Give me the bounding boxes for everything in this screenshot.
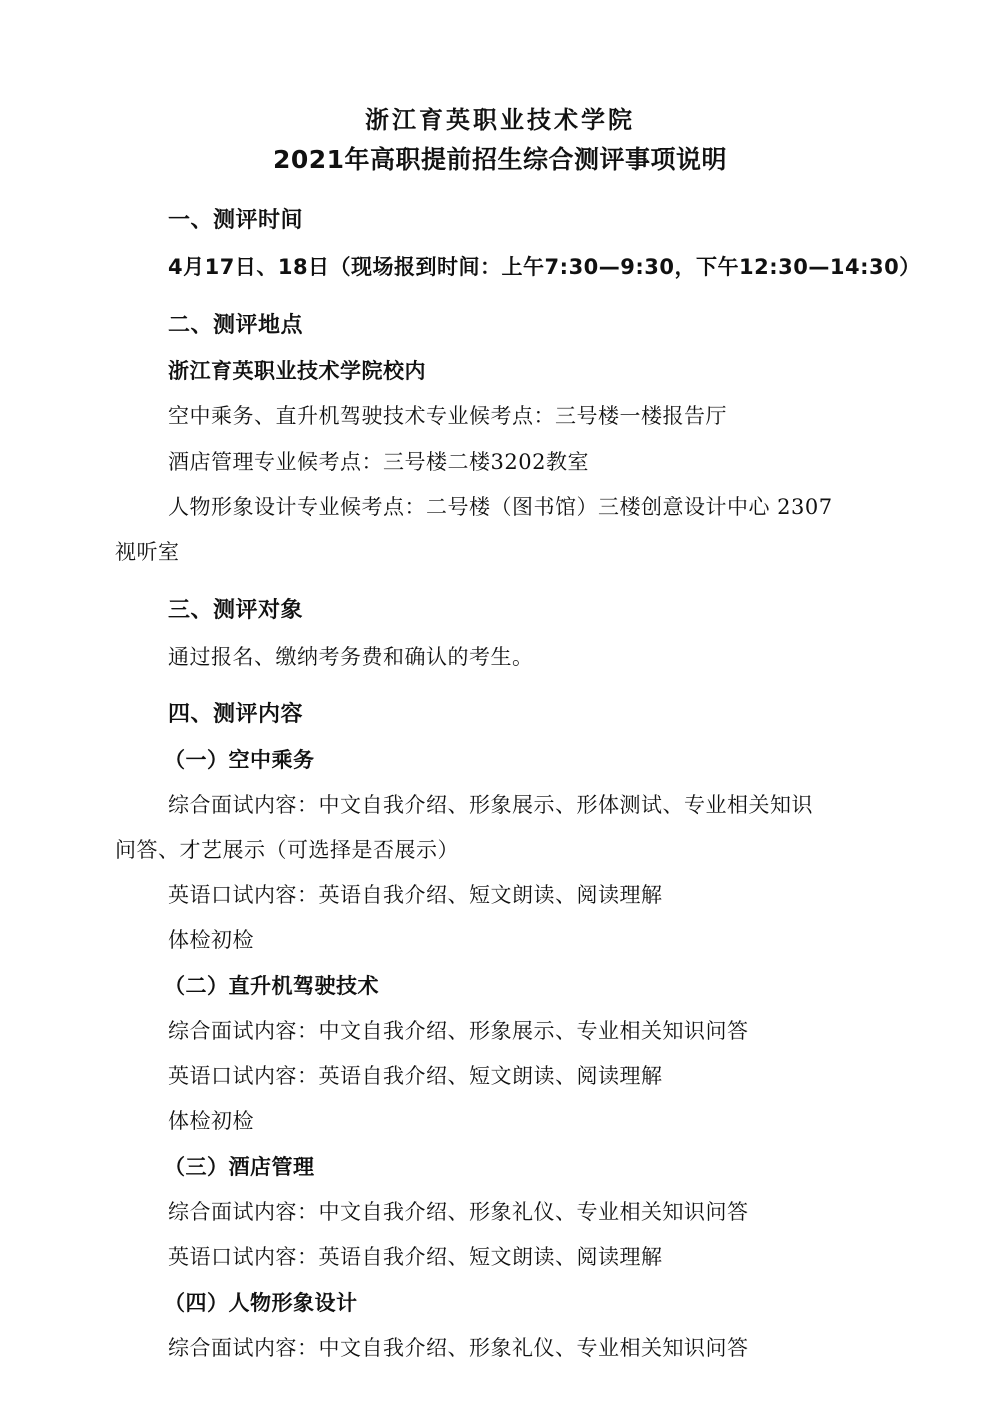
content-line: 英语口试内容：英语自我介绍、短文朗读、阅读理解	[168, 1061, 663, 1091]
subsection-heading: （一）空中乘务	[164, 745, 315, 775]
subsection-heading: （四）人物形象设计	[164, 1288, 358, 1318]
content-line-continued: 问答、才艺展示（可选择是否展示）	[115, 835, 459, 865]
section-heading-time: 一、测评时间	[168, 206, 303, 236]
content-line: 综合面试内容：中文自我介绍、形象礼仪、专业相关知识问答	[168, 1197, 749, 1227]
document-page: 浙江育英职业技术学院 2021年高职提前招生综合测评事项说明 一、测评时间 4月…	[0, 0, 1000, 1414]
institution-title: 浙江育英职业技术学院	[0, 105, 1000, 135]
content-line: 英语口试内容：英语自我介绍、短文朗读、阅读理解	[168, 1242, 663, 1272]
location-campus: 浙江育英职业技术学院校内	[168, 356, 426, 386]
time-detail: 4月17日、18日（现场报到时间：上午7:30—9:30，下午12:30—14:…	[168, 252, 921, 282]
section-heading-location: 二、测评地点	[168, 311, 303, 341]
section-heading-target: 三、测评对象	[168, 596, 303, 626]
content-line: 英语口试内容：英语自我介绍、短文朗读、阅读理解	[168, 880, 663, 910]
location-line: 酒店管理专业候考点：三号楼二楼3202教室	[168, 447, 589, 477]
location-line: 空中乘务、直升机驾驶技术专业候考点：三号楼一楼报告厅	[168, 401, 727, 431]
subsection-heading: （二）直升机驾驶技术	[164, 971, 379, 1001]
location-line: 人物形象设计专业候考点：二号楼（图书馆）三楼创意设计中心 2307	[168, 492, 833, 522]
content-line: 综合面试内容：中文自我介绍、形象礼仪、专业相关知识问答	[168, 1333, 749, 1363]
subsection-heading: （三）酒店管理	[164, 1152, 315, 1182]
content-line: 综合面试内容：中文自我介绍、形象展示、形体测试、专业相关知识	[168, 790, 813, 820]
content-line: 综合面试内容：中文自我介绍、形象展示、专业相关知识问答	[168, 1016, 749, 1046]
content-line: 体检初检	[168, 1106, 254, 1136]
content-line: 体检初检	[168, 925, 254, 955]
section-heading-content: 四、测评内容	[168, 700, 303, 730]
document-title: 2021年高职提前招生综合测评事项说明	[0, 145, 1000, 175]
target-detail: 通过报名、缴纳考务费和确认的考生。	[168, 642, 534, 672]
location-line-continued: 视听室	[115, 537, 180, 567]
